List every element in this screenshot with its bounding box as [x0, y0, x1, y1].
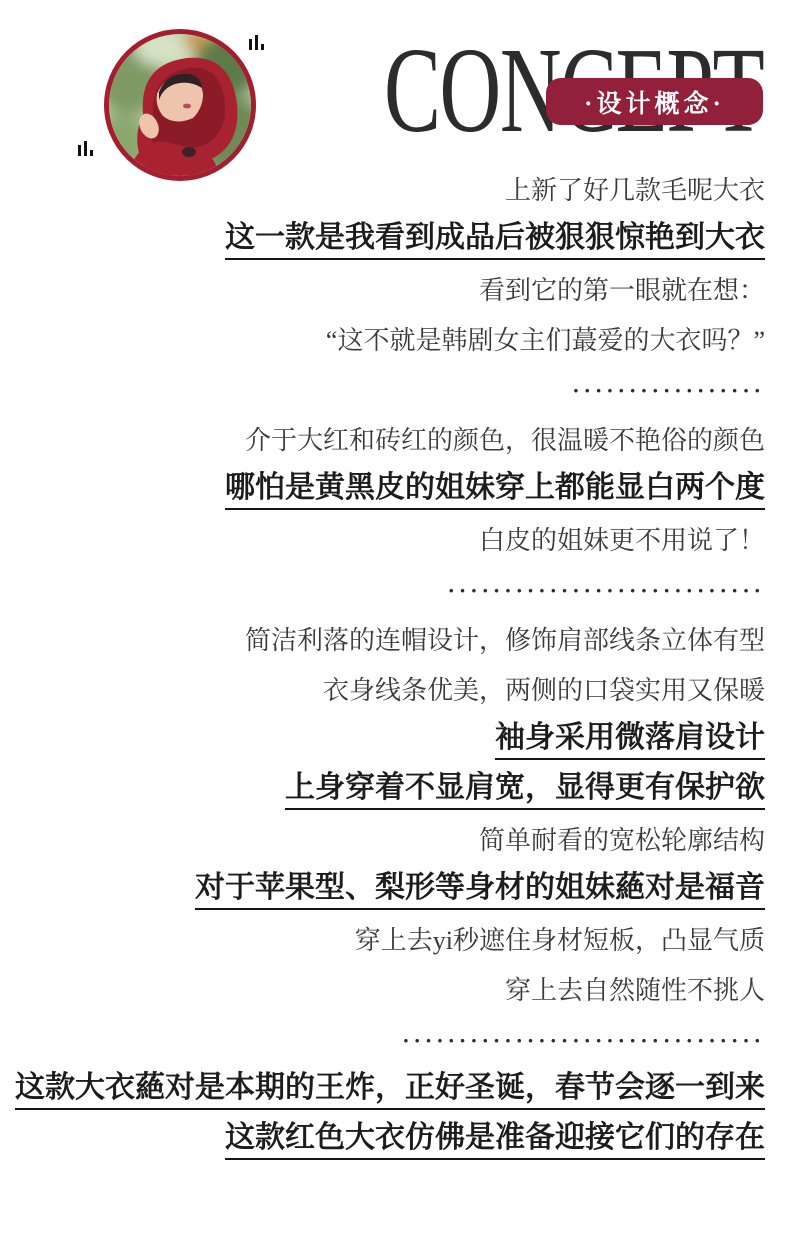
text-line: 简洁利落的连帽设计，修饰肩部线条立体有型 — [30, 616, 765, 666]
dotted-divider: ···························· — [30, 566, 765, 616]
avatar — [104, 29, 256, 181]
text-line-emphasis: 上身穿着不显肩宽，显得更有保护欲 — [30, 766, 765, 816]
equalizer-bars-icon — [249, 35, 264, 50]
text-line: 穿上去自然随性不挑人 — [30, 966, 765, 1016]
text-line-emphasis: 这一款是我看到成品后被狠狠惊艳到大衣 — [30, 216, 765, 266]
dotted-divider: ················· — [30, 366, 765, 416]
dotted-divider: ································ — [30, 1016, 765, 1066]
text-line-emphasis: 哪怕是黄黑皮的姐妹穿上都能显白两个度 — [30, 466, 765, 516]
text-line: “这不就是韩剧女主们蕞爱的大衣吗？” — [30, 316, 765, 366]
text-line-emphasis: 这款大衣蕝对是本期的王炸，正好圣诞，春节会逐一到来 — [30, 1066, 765, 1116]
text-line: 看到它的第一眼就在想： — [30, 266, 765, 316]
text-line: 简单耐看的宽松轮廓结构 — [30, 816, 765, 866]
text-line-emphasis: 对于苹果型、梨形等身材的姐妹蕝对是福音 — [30, 866, 765, 916]
text-line: 白皮的姐妹更不用说了！ — [30, 516, 765, 566]
section-badge: ·设计概念· — [546, 78, 763, 125]
text-line: 衣身线条优美，两侧的口袋实用又保暖 — [30, 666, 765, 716]
text-line: 介于大红和砖红的颜色，很温暖不艳俗的颜色 — [30, 416, 765, 466]
text-line: 穿上去yi秒遮住身材短板，凸显气质 — [30, 916, 765, 966]
equalizer-bars-icon — [78, 141, 93, 156]
description-text: 上新了好几款毛呢大衣 这一款是我看到成品后被狠狠惊艳到大衣 看到它的第一眼就在想… — [30, 166, 765, 1166]
text-line-emphasis: 袖身采用微落肩设计 — [30, 716, 765, 766]
design-concept-page: CONCEPT ·设计概念· 上新了好几款毛呢大衣 这一款是我看到成品后被狠狠惊… — [0, 0, 790, 1239]
text-line-emphasis: 这款红色大衣仿佛是准备迎接它们的存在 — [30, 1116, 765, 1166]
text-line: 上新了好几款毛呢大衣 — [30, 166, 765, 216]
red-hooded-portrait-illustration — [109, 34, 251, 176]
